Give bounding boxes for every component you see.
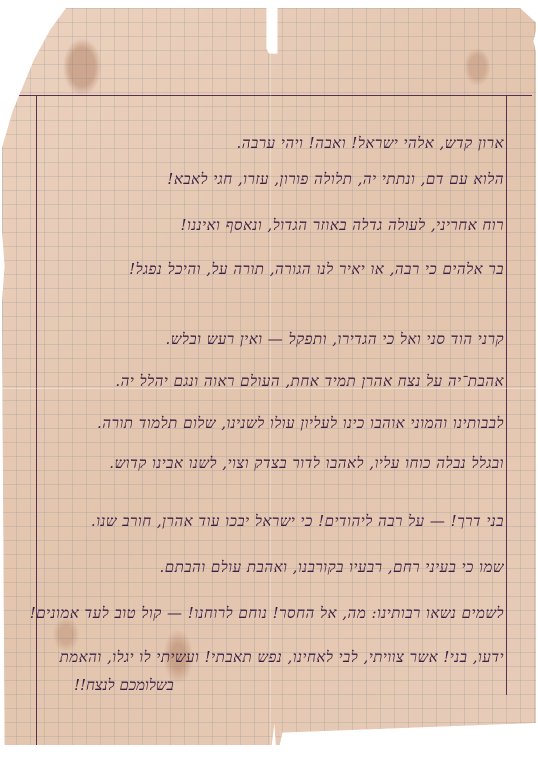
letter-line: ובגלל נבלה כוחו עליו, לאהבו לדור בצדק וצ…	[109, 453, 504, 473]
letter-line: קרני הוד סני ואל כי הגדירו, ותפקל — ואין…	[165, 329, 504, 349]
left-margin-line	[36, 95, 37, 745]
letter-line: אהבת־יה על נצח אהרן תמיד אחת, העולם ראוה…	[115, 371, 504, 391]
paper-sheet: ארון קדש, אלהי ישראל! ואבה! ויהי ערבה. ה…	[2, 8, 536, 745]
right-margin-line	[506, 95, 507, 695]
letter-line: לבבותינו והמוני אוהבו כינו לעליון עולו ל…	[97, 413, 504, 433]
letter-line: רוח אחריני, לעולה גדלה באוזר הגדול, ונאס…	[180, 215, 504, 235]
letter-line: שמו כי בעיני רחם, רבעיו בקורבנו, ואהבת ע…	[160, 557, 504, 577]
signature: בשלומכם לנצח!!	[74, 676, 174, 695]
letter-line: לשמים נשאו רבותינו: מה, אל החסר! נוחם לר…	[30, 603, 504, 623]
letter-line: ידעו, בני! אשר צוויתי, לבי לאחינו, נפש ת…	[60, 647, 504, 667]
page: ארון קדש, אלהי ישראל! ואבה! ויהי ערבה. ה…	[0, 0, 538, 768]
letter-line: ארון קדש, אלהי ישראל! ואבה! ויהי ערבה.	[236, 133, 504, 153]
letter-line: בר אלהים כי רבה, או יאיר לנו הגורה, תורה…	[129, 259, 504, 279]
top-margin-line	[10, 95, 532, 96]
letter-line: הלוא עם דם, ונתתי יה, תלולה פורון, עזרו,…	[167, 169, 504, 189]
letter-line: בני דרך! — על רבה ליהודים! כי ישראל יבכו…	[91, 511, 504, 531]
